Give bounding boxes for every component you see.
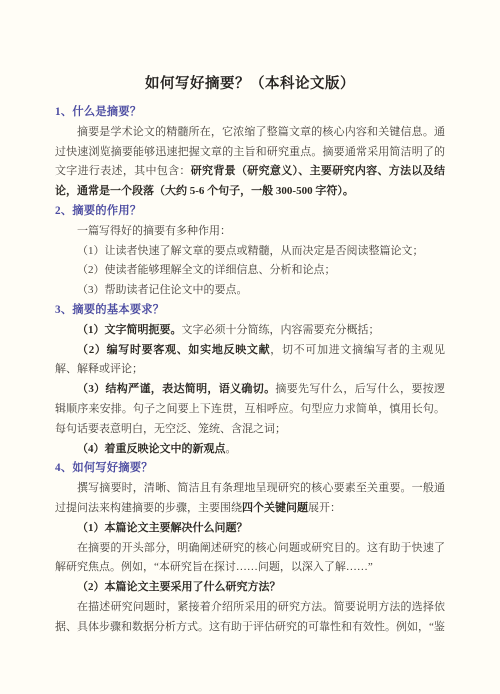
- paragraph: （1）文字简明扼要。文字必须十分简练，内容需要充分概括；: [55, 321, 445, 341]
- bold-text-run: （3）结构严谨，表达简明，语义确切。: [77, 383, 275, 395]
- bold-text-run: （4）着重反映论文中的新观点: [77, 443, 226, 455]
- text-run: 。: [226, 443, 237, 455]
- bold-text-run: （1）文字简明扼要。: [77, 324, 182, 336]
- section-heading-2: 2、摘要的作用？: [55, 202, 445, 222]
- paragraph: 在描述研究问题时，紧接着介绍所采用的研究方法。简要说明方法的选择依据、具体步骤和…: [55, 598, 445, 638]
- text-run: 一篇写得好的摘要有多种作用：: [77, 225, 231, 237]
- bold-text-run: 四个关键问题: [242, 502, 308, 514]
- bold-text-run: （2）编写时要客观、如实地反映文献: [77, 344, 270, 356]
- paragraph: （3）帮助读者记住论文中的要点。: [55, 281, 445, 301]
- paragraph: 一篇写得好的摘要有多种作用：: [55, 222, 445, 242]
- text-run: 文字必须十分简练，内容需要充分概括；: [182, 324, 380, 336]
- paragraph: （3）结构严谨，表达简明，语义确切。摘要先写什么，后写什么，要按逻辑顺序来安排。…: [55, 380, 445, 439]
- paragraph: 在摘要的开头部分，明确阐述研究的核心问题或研究目的。这有助于快速了解研究焦点。例…: [55, 539, 445, 579]
- section-heading-4: 4、如何写好摘要？: [55, 459, 445, 479]
- text-run: （2）使读者能够理解全文的详细信息、分析和论点；: [77, 264, 336, 276]
- text-run: （1）让读者快速了解文章的要点或精髓，从而决定是否阅读整篇论文；: [77, 245, 424, 257]
- paragraph: （4）着重反映论文中的新观点。: [55, 440, 445, 460]
- text-run: 在摘要的开头部分，明确阐述研究的核心问题或研究目的。这有助于快速了解研究焦点。例…: [55, 542, 445, 574]
- paragraph: （1）本篇论文主要解决什么问题？: [55, 519, 445, 539]
- document-page: 如何写好摘要？（本科论文版） 1、什么是摘要？摘要是学术论文的精髓所在，它浓缩了…: [0, 0, 500, 694]
- text-run: 在描述研究问题时，紧接着介绍所采用的研究方法。简要说明方法的选择依据、具体步骤和…: [55, 601, 445, 633]
- paragraph: （2）编写时要客观、如实地反映文献，切不可加进文摘编写者的主观见解、解释或评论；: [55, 341, 445, 381]
- section-heading-3: 3、摘要的基本要求？: [55, 301, 445, 321]
- paragraph: 摘要是学术论文的精髓所在，它浓缩了整篇文章的核心内容和关键信息。通过快速浏览摘要…: [55, 123, 445, 202]
- document-body: 1、什么是摘要？摘要是学术论文的精髓所在，它浓缩了整篇文章的核心内容和关键信息。…: [55, 103, 445, 638]
- paragraph: （1）让读者快速了解文章的要点或精髓，从而决定是否阅读整篇论文；: [55, 242, 445, 262]
- bold-text-run: （2）本篇论文主要采用了什么研究方法？: [77, 581, 281, 593]
- text-run: （3）帮助读者记住论文中的要点。: [77, 284, 248, 296]
- text-run: 展开：: [308, 502, 341, 514]
- bold-text-run: （1）本篇论文主要解决什么问题？: [77, 522, 248, 534]
- section-heading-1: 1、什么是摘要？: [55, 103, 445, 123]
- paragraph: （2）使读者能够理解全文的详细信息、分析和论点；: [55, 261, 445, 281]
- paragraph: （2）本篇论文主要采用了什么研究方法？: [55, 578, 445, 598]
- page-title: 如何写好摘要？（本科论文版）: [55, 74, 445, 95]
- paragraph: 撰写摘要时，清晰、简洁且有条理地呈现研究的核心要素至关重要。一般通过提问法来构建…: [55, 479, 445, 519]
